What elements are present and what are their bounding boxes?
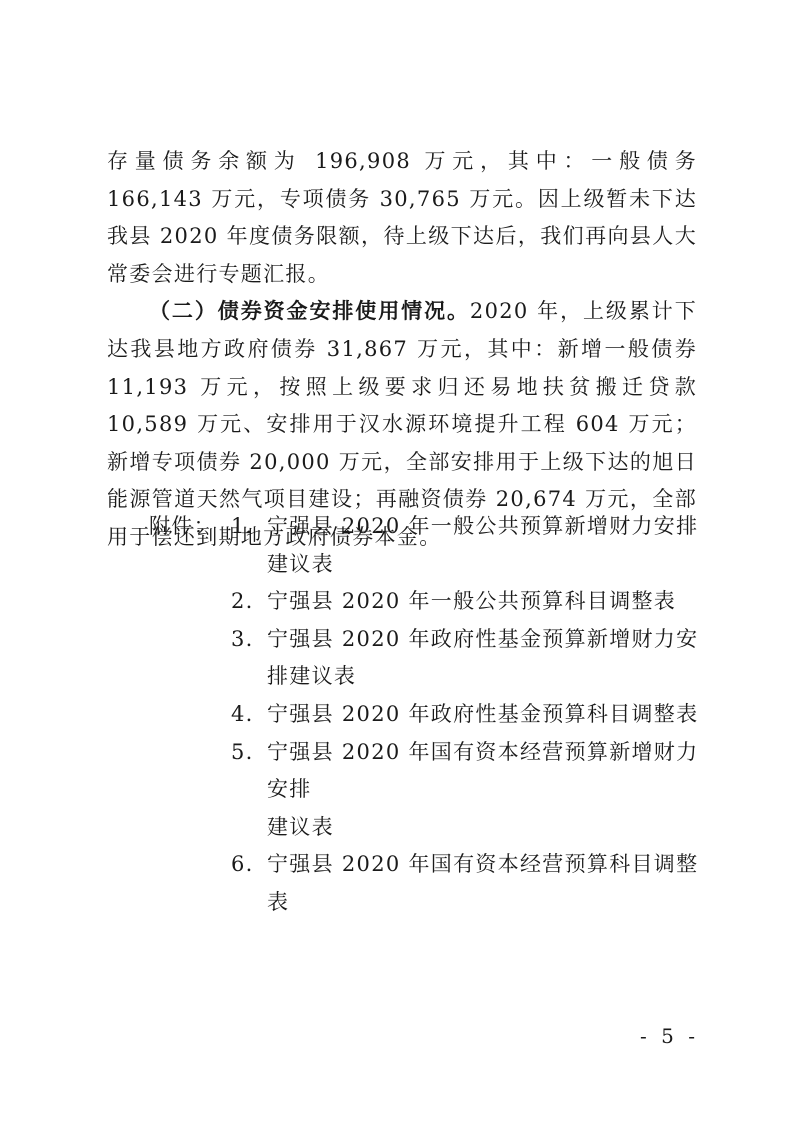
attachment-item: 5. 宁强县 2020 年国有资本经营预算新增财力安排 xyxy=(149,734,709,809)
page-number: - 5 - xyxy=(640,1024,699,1048)
attachment-number: 4. xyxy=(231,696,267,734)
attachment-number: 3. xyxy=(231,621,267,696)
attachment-item: 附件： 1. 宁强县 2020 年一般公共预算新增财力安排建议表 xyxy=(149,508,709,583)
attachment-number: 1. xyxy=(231,508,267,583)
attachment-item-continuation: 建议表 xyxy=(149,809,709,847)
attachment-item: 2. 宁强县 2020 年一般公共预算科目调整表 xyxy=(149,583,709,621)
attachments-list: 附件： 1. 宁强县 2020 年一般公共预算新增财力安排建议表 2. 宁强县 … xyxy=(149,508,709,922)
attachment-number: 2. xyxy=(231,583,267,621)
attachment-title: 宁强县 2020 年政府性基金预算新增财力安排建议表 xyxy=(267,621,707,696)
attachment-item: 6. 宁强县 2020 年国有资本经营预算科目调整表 xyxy=(149,846,709,921)
body-text: 存量债务余额为 196,908 万元，其中：一般债务 166,143 万元，专项… xyxy=(107,143,697,557)
attachment-title: 宁强县 2020 年国有资本经营预算新增财力安排 xyxy=(267,734,707,809)
attachment-item: 3. 宁强县 2020 年政府性基金预算新增财力安排建议表 xyxy=(149,621,709,696)
attachment-number: 6. xyxy=(231,846,267,921)
attachment-number: 5. xyxy=(231,734,267,809)
attachments-label: 附件： xyxy=(149,508,231,583)
attachment-title: 宁强县 2020 年国有资本经营预算科目调整表 xyxy=(267,846,707,921)
document-page: 存量债务余额为 196,908 万元，其中：一般债务 166,143 万元，专项… xyxy=(0,0,793,1122)
attachment-title: 宁强县 2020 年一般公共预算科目调整表 xyxy=(267,583,707,621)
attachment-title-continuation: 建议表 xyxy=(267,809,707,847)
section-heading: （二）债券资金安排使用情况。 xyxy=(149,299,470,323)
attachment-title: 宁强县 2020 年一般公共预算新增财力安排建议表 xyxy=(267,508,707,583)
paragraph-debt-balance: 存量债务余额为 196,908 万元，其中：一般债务 166,143 万元，专项… xyxy=(107,143,697,293)
attachment-item: 4. 宁强县 2020 年政府性基金预算科目调整表 xyxy=(149,696,709,734)
attachment-title: 宁强县 2020 年政府性基金预算科目调整表 xyxy=(267,696,707,734)
